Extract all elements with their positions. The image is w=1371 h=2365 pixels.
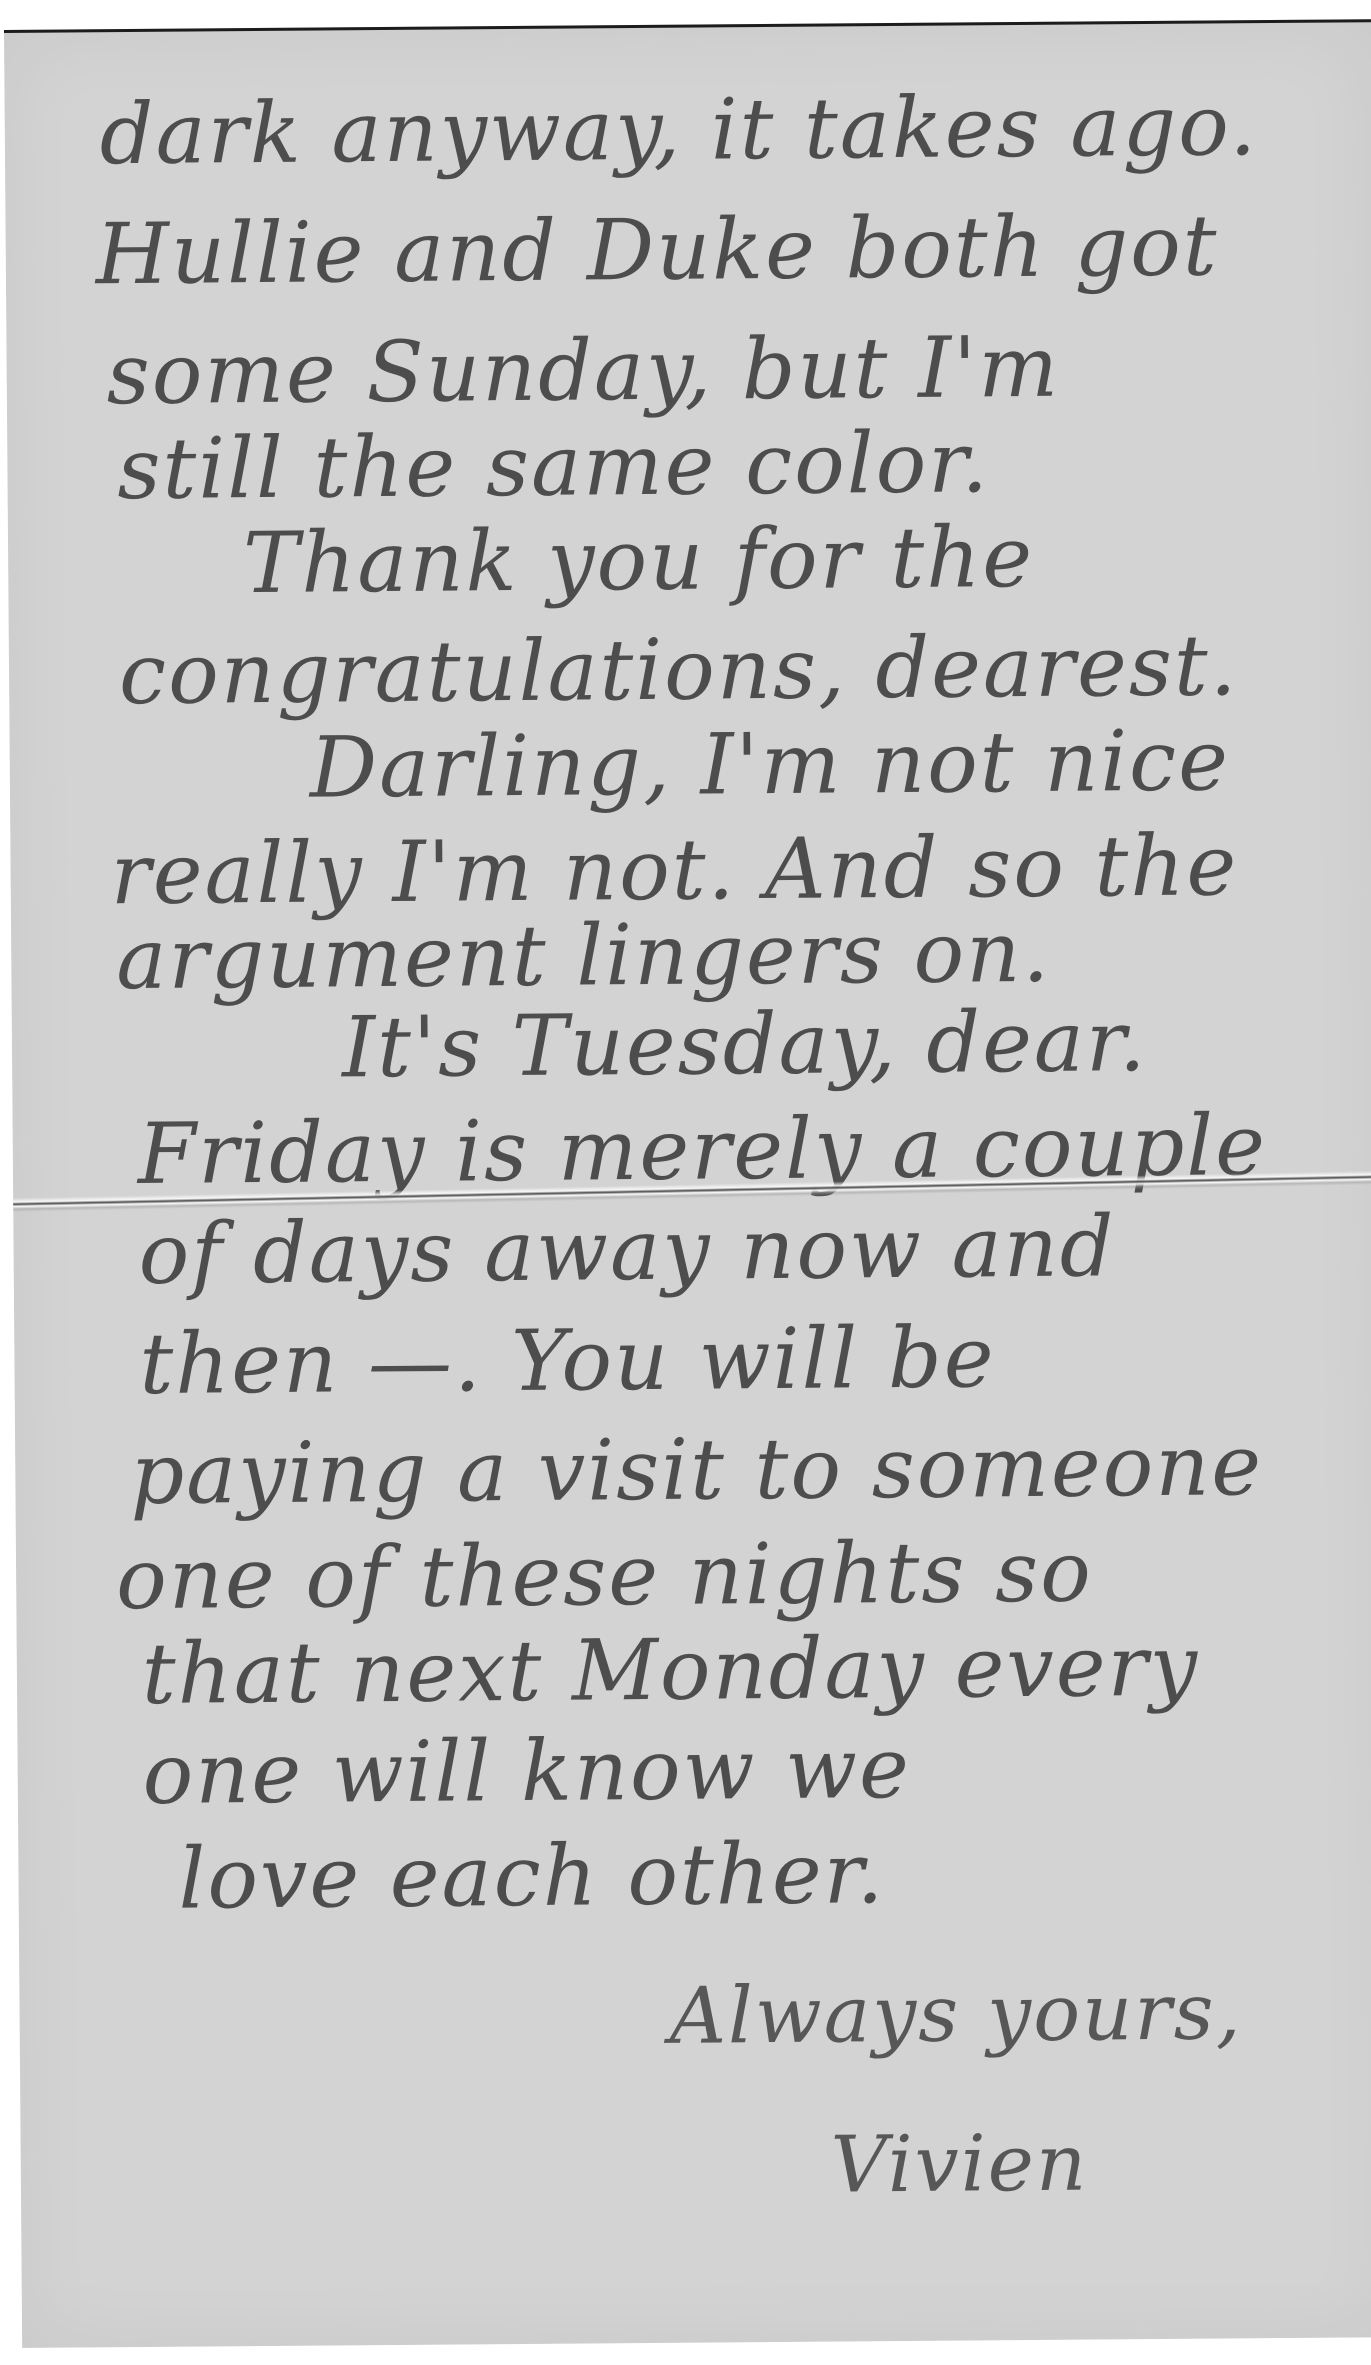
letter-line-7: Darling, I'm not nice <box>309 718 1230 809</box>
letter-line-4: still the same color. <box>117 420 990 511</box>
letter-line-12: of days away now and <box>138 1204 1116 1296</box>
letter-line-10: It's Tuesday, dear. <box>342 999 1148 1089</box>
letter-line-8: really I'm not. And so the <box>110 823 1238 916</box>
letter-line-16: that next Monday every <box>142 1624 1200 1716</box>
closing-line: Always yours, <box>669 1973 1242 2055</box>
letter-line-2: Hullie and Duke both got <box>95 203 1218 296</box>
letter-line-17: one will know we <box>142 1726 911 1816</box>
letter-line-14: paying a visit to someone <box>130 1423 1263 1516</box>
letter-line-13: then —. You will be <box>139 1315 996 1406</box>
letter-line-15: one of these nights so <box>116 1529 1093 1621</box>
letter-page: dark anyway, it takes ago. Hullie and Du… <box>4 19 1371 2348</box>
letter-line-5: Thank you for the <box>243 515 1034 605</box>
letter-line-1: dark anyway, it takes ago. <box>99 83 1258 176</box>
letter-line-7-text: Darling, I'm not nice <box>309 711 1230 816</box>
letter-line-6: congratulations, dearest. <box>119 623 1239 716</box>
signature: Vivien <box>830 2125 1088 2205</box>
letter-line-3: some Sunday, but I'm <box>106 325 1060 416</box>
letter-line-18: love each other. <box>178 1831 885 1921</box>
letter-line-9: argument lingers on. <box>116 910 1051 1001</box>
